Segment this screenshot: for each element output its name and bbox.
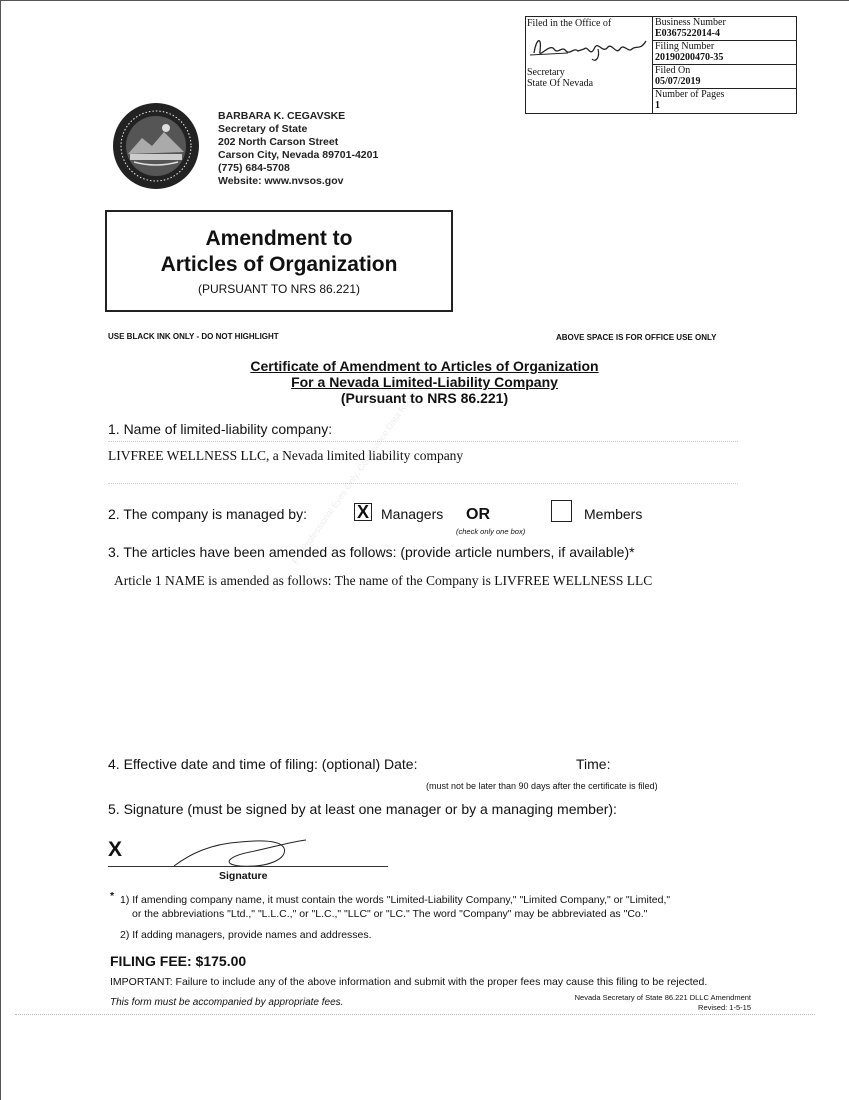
question-amendments: 3. The articles have been amended as fol… (108, 544, 635, 560)
form-title-statute: (PURSUANT TO NRS 86.221) (107, 282, 451, 296)
office-use-note: ABOVE SPACE IS FOR OFFICE USE ONLY (556, 333, 716, 342)
revision-date: Revised: 1-5-15 (575, 1003, 751, 1013)
filed-on: Filed On 05/07/2019 (653, 65, 796, 89)
fees-notice: This form must be accompanied by appropr… (110, 997, 343, 1008)
state-label: State Of Nevada (527, 78, 593, 89)
time-label: Time: (576, 756, 610, 772)
members-label: Members (584, 506, 642, 522)
important-notice: IMPORTANT: Failure to include any of the… (110, 976, 707, 988)
filing-fee: FILING FEE: $175.00 (110, 953, 246, 969)
footnote-2: 2) If adding managers, provide names and… (120, 929, 372, 941)
question-signature: 5. Signature (must be signed by at least… (108, 801, 617, 817)
office-use-box: Filed in the Office of Secretary State O… (525, 16, 797, 114)
filed-in-label: Filed in the Office of (527, 18, 611, 29)
manager-signature-icon[interactable] (170, 834, 310, 874)
form-title-line2: Articles of Organization (107, 252, 451, 278)
signature-label: Signature (219, 870, 267, 882)
footnote-1-line1: 1) If amending company name, it must con… (120, 894, 670, 906)
secretary-signature-icon (528, 29, 650, 65)
footnote-star: * (110, 890, 114, 902)
secretary-name: BARBARA K. CEGAVSKE (218, 110, 378, 123)
managers-label: Managers (381, 506, 443, 522)
filing-fields: Business Number E0367522014-4 Filing Num… (653, 17, 796, 113)
office-address: 202 North Carson Street (218, 136, 378, 149)
nevada-state-seal-icon (112, 102, 200, 190)
signature-x-mark: X (108, 838, 122, 862)
scan-artifact (15, 1014, 815, 1016)
form-identifier: Nevada Secretary of State 86.221 DLLC Am… (575, 993, 751, 1013)
dotted-rule (108, 483, 738, 485)
certificate-title: Certificate of Amendment to Articles of … (0, 358, 849, 406)
watermark: For Professional Eyes Only, Compliance D… (290, 389, 418, 566)
amendment-text-field[interactable]: Article 1 NAME is amended as follows: Th… (114, 573, 652, 589)
filing-number: Filing Number 20190200470-35 (653, 41, 796, 65)
page-edge (0, 0, 1, 1100)
question-company-name: 1. Name of limited-liability company: (108, 421, 332, 437)
office-website: Website: www.nvsos.gov (218, 175, 378, 188)
footnote-1-line2: or the abbreviations "Ltd.," "L.L.C.," o… (132, 908, 647, 920)
or-label: OR (466, 506, 490, 524)
office-phone: (775) 684-5708 (218, 162, 378, 175)
page-edge (0, 0, 849, 1)
filing-office: Filed in the Office of Secretary State O… (526, 17, 653, 113)
secretary-title: Secretary of State (218, 123, 378, 136)
question-effective-date: 4. Effective date and time of filing: (o… (108, 756, 417, 772)
managers-checkbox[interactable]: X (354, 503, 372, 521)
company-name-field[interactable]: LIVFREE WELLNESS LLC, a Nevada limited l… (108, 448, 463, 464)
form-title-line1: Amendment to (107, 226, 451, 252)
number-of-pages: Number of Pages 1 (653, 89, 796, 113)
question-managed-by: 2. The company is managed by: (108, 506, 307, 522)
effective-date-note: (must not be later than 90 days after th… (426, 781, 658, 791)
dotted-rule (108, 441, 738, 443)
secretary-label: Secretary (527, 67, 565, 78)
office-city: Carson City, Nevada 89701-4201 (218, 149, 378, 162)
members-checkbox[interactable] (551, 500, 572, 522)
form-title-box: Amendment to Articles of Organization (P… (105, 210, 453, 312)
business-number: Business Number E0367522014-4 (653, 17, 796, 41)
check-instruction: (check only one box) (456, 527, 525, 536)
ink-instruction: USE BLACK INK ONLY - DO NOT HIGHLIGHT (108, 332, 279, 341)
secretary-of-state-info: BARBARA K. CEGAVSKE Secretary of State 2… (218, 110, 378, 188)
signature-line (108, 866, 388, 867)
